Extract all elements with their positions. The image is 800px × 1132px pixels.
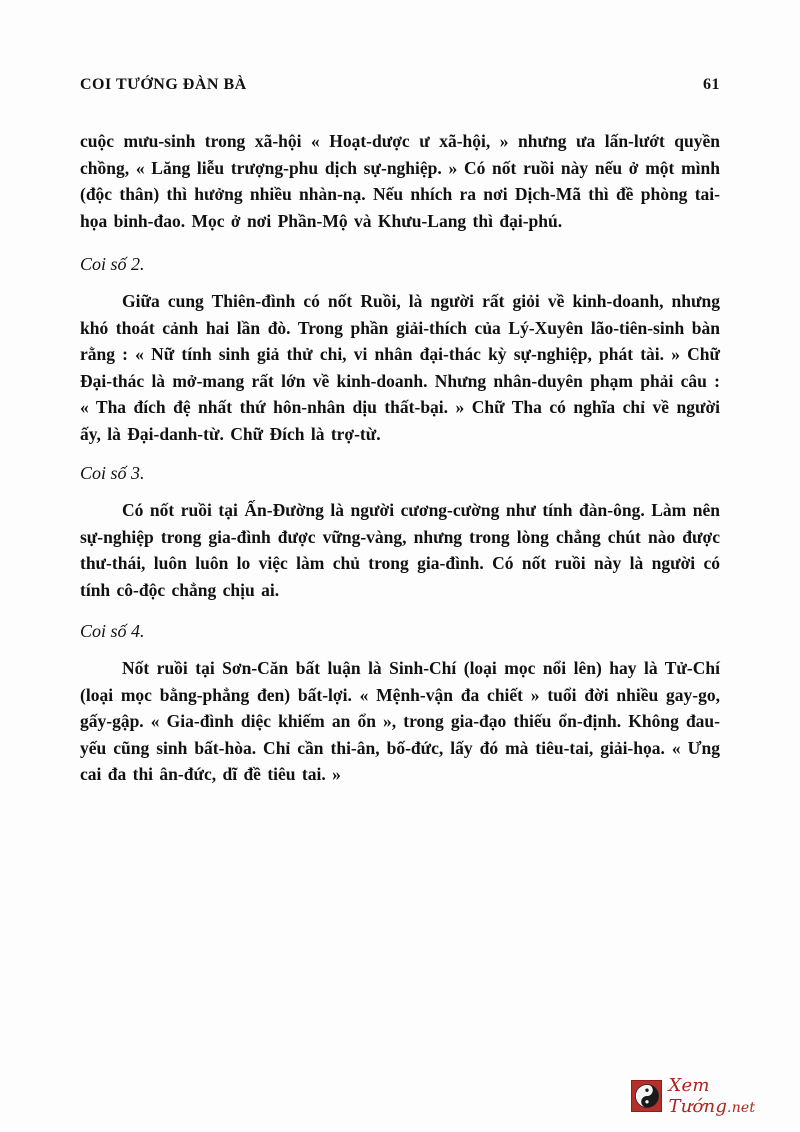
brand-name-text: Xem Tướng — [668, 1075, 727, 1117]
brand-suffix: .net — [727, 1100, 755, 1116]
brand-name: Xem Tướng.net — [668, 1075, 800, 1117]
section-paragraph-3: Có nốt ruồi tại Ấn-Đường là người cương-… — [80, 497, 720, 603]
running-header: COI TƯỚNG ĐÀN BÀ 61 — [80, 76, 720, 100]
book-page: COI TƯỚNG ĐÀN BÀ 61 cuộc mưu-sinh trong … — [0, 0, 800, 1132]
body-text: cuộc mưu-sinh trong xã-hội « Hoạt-dược ư… — [80, 128, 720, 788]
section-heading-3: Coi số 3. — [80, 461, 720, 485]
site-watermark: Xem Tướng.net — [631, 1078, 800, 1114]
section-paragraph-2: Giữa cung Thiên-đình có nốt Ruồi, là ngư… — [80, 288, 720, 447]
section-heading-2: Coi số 2. — [80, 252, 720, 276]
book-title: COI TƯỚNG ĐÀN BÀ — [80, 76, 247, 94]
section-paragraph-4: Nốt ruồi tại Sơn-Căn bất luận là Sinh-Ch… — [80, 655, 720, 788]
intro-paragraph: cuộc mưu-sinh trong xã-hội « Hoạt-dược ư… — [80, 128, 720, 234]
section-heading-4: Coi số 4. — [80, 619, 720, 643]
page-number: 61 — [703, 76, 720, 94]
yin-yang-icon — [631, 1080, 662, 1112]
